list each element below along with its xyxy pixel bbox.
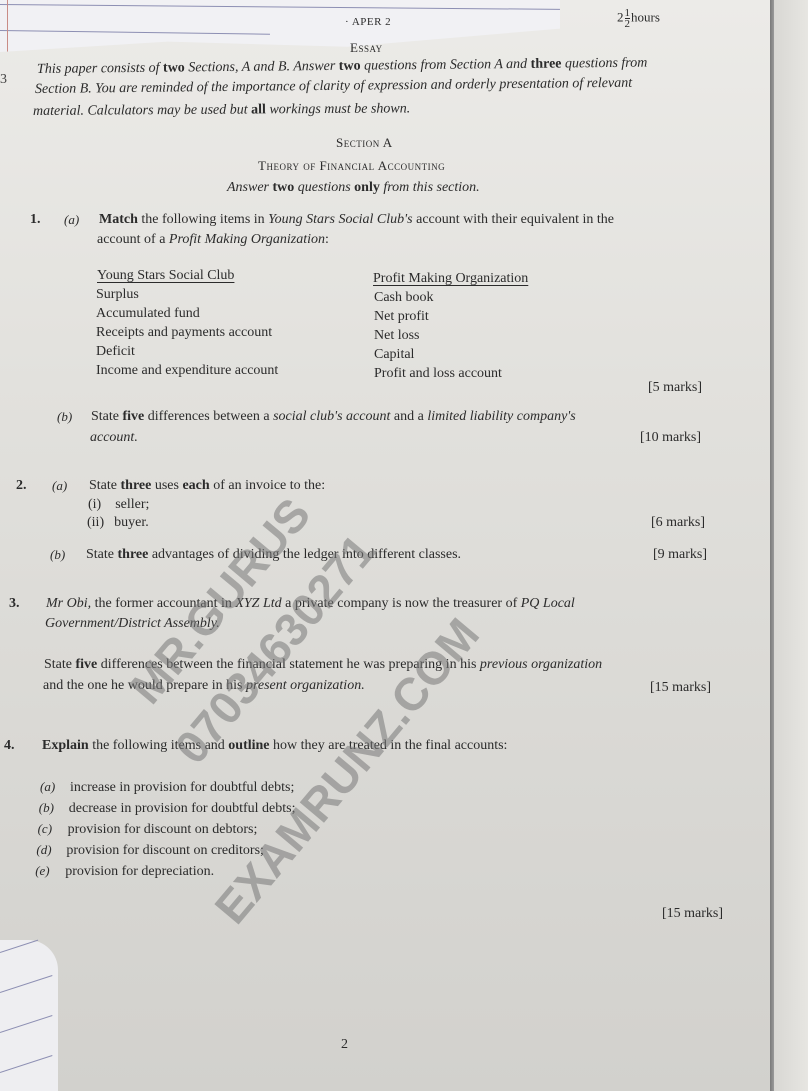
q1b-label: (b) (57, 409, 72, 425)
table-right-header: Profit Making Organization (373, 271, 528, 287)
q1a-marks: [5 marks] (648, 380, 702, 396)
q3-line-3: State five differences between the finan… (44, 657, 602, 673)
q4-text: Explain the following items and outline … (42, 738, 507, 754)
profit-org-item: Profit and loss account (374, 366, 502, 382)
margin-mark: 3 (0, 72, 7, 88)
q4-item-text: provision for discount on debtors; (68, 822, 258, 837)
q2a-sub-item: (ii)buyer. (87, 515, 149, 531)
q4-item-label: (c) (38, 821, 68, 837)
profit-org-item: Net loss (374, 328, 420, 344)
club-item: Income and expenditure account (96, 363, 278, 379)
club-item: Receipts and payments account (96, 325, 272, 341)
q4-item-label: (b) (39, 800, 69, 816)
q4-item: (d)provision for discount on creditors; (36, 842, 264, 859)
club-item: Surplus (96, 287, 139, 303)
q1a-line-1: Match the following items in Young Stars… (99, 212, 614, 228)
profit-org-item: Capital (374, 347, 414, 363)
paper-subtitle: Essay (350, 40, 383, 56)
q1b-marks: [10 marks] (640, 430, 701, 446)
q4-item-label: (a) (40, 779, 70, 795)
q3-marks: [15 marks] (650, 680, 711, 696)
section-subject: Theory of Financial Accounting (258, 158, 445, 174)
section-instruction: Answer two questions only from this sect… (227, 180, 480, 196)
q2b-text: State three advantages of dividing the l… (86, 547, 461, 563)
q4-item: (b)decrease in provision for doubtful de… (39, 800, 296, 817)
club-item: Deficit (96, 344, 135, 360)
q1b-line-1: State five differences between a social … (91, 409, 576, 425)
q4-item-text: provision for depreciation. (65, 864, 214, 879)
q4-item-text: decrease in provision for doubtful debts… (69, 801, 296, 816)
q2-number: 2. (16, 478, 27, 494)
q2a-text: State three uses each of an invoice to t… (89, 478, 325, 494)
q3-line-1: Mr Obi, the former accountant in XYZ Ltd… (46, 596, 575, 612)
section-title: Section A (336, 135, 393, 151)
profit-org-item: Cash book (374, 290, 434, 306)
q3-line-4: and the one he would prepare in his pres… (43, 678, 365, 694)
q1-number: 1. (30, 212, 41, 228)
q2a-label: (a) (52, 478, 67, 494)
q4-marks: [15 marks] (662, 906, 723, 922)
paper-label: · APER 2 (345, 16, 391, 28)
background-surface (774, 0, 808, 1091)
club-item: Accumulated fund (96, 306, 200, 322)
q3-line-2: Government/District Assembly. (45, 616, 220, 632)
page-number: 2 (341, 1037, 348, 1053)
q1a-line-2: account of a Profit Making Organization: (97, 232, 329, 248)
table-left-header: Young Stars Social Club (97, 268, 234, 284)
q2b-label: (b) (50, 547, 65, 563)
notebook-paper-bottom (0, 940, 58, 1091)
q2a-marks: [6 marks] (651, 515, 705, 531)
q4-item-text: provision for discount on creditors; (66, 843, 264, 858)
q4-item: (a)increase in provision for doubtful de… (40, 779, 294, 796)
instructions-line-3: material. Calculators may be used but al… (33, 101, 410, 120)
q1b-line-2: account. (90, 430, 138, 446)
q2a-sub-item: (i)seller; (88, 497, 149, 513)
q4-item: (e)provision for depreciation. (35, 863, 214, 880)
duration: 212hours (617, 8, 660, 29)
q3-number: 3. (9, 596, 20, 612)
q4-item: (c)provision for discount on debtors; (38, 821, 258, 838)
q4-item-label: (d) (36, 842, 66, 858)
q4-item-text: increase in provision for doubtful debts… (70, 780, 294, 795)
q2b-marks: [9 marks] (653, 547, 707, 563)
q1a-label: (a) (64, 212, 79, 228)
q4-number: 4. (4, 738, 15, 754)
profit-org-item: Net profit (374, 309, 429, 325)
q4-item-label: (e) (35, 863, 65, 879)
